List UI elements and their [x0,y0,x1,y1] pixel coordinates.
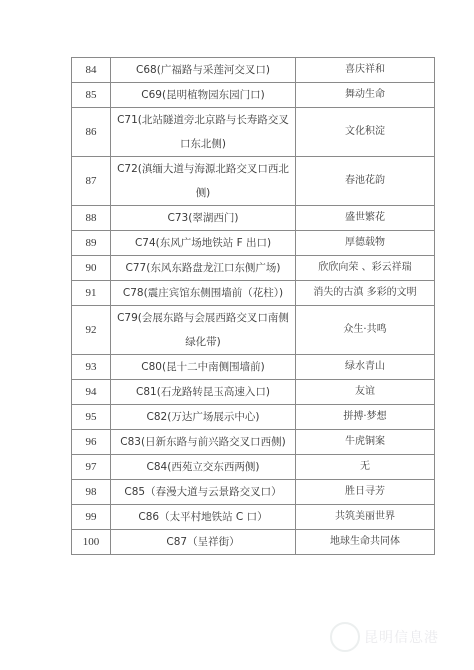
artwork-name-cell: 牛虎铜案 [296,430,435,455]
location-cell: C82(万达广场展示中心) [111,405,296,430]
row-number-cell: 87 [72,157,111,206]
location-cell: C87（呈祥街） [111,530,296,555]
table-row: 100C87（呈祥街）地球生命共同体 [72,530,435,555]
artwork-name-cell: 拼搏·梦想 [296,405,435,430]
artwork-name-cell: 消失的古滇 多彩的文明 [296,281,435,306]
row-number-cell: 84 [72,58,111,83]
table-row: 89C74(东风广场地铁站 F 出口)厚德载物 [72,231,435,256]
location-cell: C77(东风东路盘龙江口东侧广场) [111,256,296,281]
row-number-cell: 99 [72,505,111,530]
location-cell: C83(日新东路与前兴路交叉口西侧) [111,430,296,455]
row-number-cell: 91 [72,281,111,306]
artwork-name-cell: 地球生命共同体 [296,530,435,555]
location-cell: C86（太平村地铁站 C 口） [111,505,296,530]
location-cell: C78(震庄宾馆东侧围墙前（花柱）) [111,281,296,306]
table-row: 95C82(万达广场展示中心)拼搏·梦想 [72,405,435,430]
table-row: 87C72(滇缅大道与海源北路交叉口西北侧)春池花韵 [72,157,435,206]
location-cell: C71(北站隧道旁北京路与长寿路交叉口东北侧) [111,108,296,157]
row-number-cell: 100 [72,530,111,555]
artwork-name-cell: 喜庆祥和 [296,58,435,83]
sculpture-table: 84C68(广福路与采莲河交叉口)喜庆祥和85C69(昆明植物园东园门口)舞动生… [71,57,435,555]
row-number-cell: 90 [72,256,111,281]
table-row: 99C86（太平村地铁站 C 口）共筑美丽世界 [72,505,435,530]
location-cell: C80(昆十二中南侧围墙前) [111,355,296,380]
artwork-name-cell: 欣欣向荣 、彩云祥瑞 [296,256,435,281]
table-row: 84C68(广福路与采莲河交叉口)喜庆祥和 [72,58,435,83]
artwork-name-cell: 春池花韵 [296,157,435,206]
watermark-logo-icon [330,622,360,652]
location-cell: C73(翠湖西门) [111,206,296,231]
artwork-name-cell: 友谊 [296,380,435,405]
row-number-cell: 98 [72,480,111,505]
location-cell: C72(滇缅大道与海源北路交叉口西北侧) [111,157,296,206]
table-row: 90C77(东风东路盘龙江口东侧广场)欣欣向荣 、彩云祥瑞 [72,256,435,281]
artwork-name-cell: 无 [296,455,435,480]
artwork-name-cell: 文化积淀 [296,108,435,157]
table-row: 92C79(会展东路与会展西路交叉口南侧绿化带)众生·共鸣 [72,306,435,355]
table-row: 96C83(日新东路与前兴路交叉口西侧)牛虎铜案 [72,430,435,455]
location-cell: C85（春漫大道与云景路交叉口） [111,480,296,505]
artwork-name-cell: 胜日寻芳 [296,480,435,505]
row-number-cell: 94 [72,380,111,405]
document-page: 84C68(广福路与采莲河交叉口)喜庆祥和85C69(昆明植物园东园门口)舞动生… [0,0,474,670]
watermark: 昆明信息港 [330,622,439,652]
location-cell: C79(会展东路与会展西路交叉口南侧绿化带) [111,306,296,355]
watermark-text: 昆明信息港 [364,627,439,647]
location-cell: C68(广福路与采莲河交叉口) [111,58,296,83]
location-cell: C81(石龙路转昆玉高速入口) [111,380,296,405]
row-number-cell: 85 [72,83,111,108]
row-number-cell: 86 [72,108,111,157]
table-row: 88C73(翠湖西门)盛世繁花 [72,206,435,231]
row-number-cell: 92 [72,306,111,355]
table-row: 85C69(昆明植物园东园门口)舞动生命 [72,83,435,108]
artwork-name-cell: 厚德载物 [296,231,435,256]
artwork-name-cell: 共筑美丽世界 [296,505,435,530]
row-number-cell: 88 [72,206,111,231]
table-row: 94C81(石龙路转昆玉高速入口)友谊 [72,380,435,405]
location-cell: C74(东风广场地铁站 F 出口) [111,231,296,256]
row-number-cell: 95 [72,405,111,430]
row-number-cell: 89 [72,231,111,256]
table-row: 91C78(震庄宾馆东侧围墙前（花柱）)消失的古滇 多彩的文明 [72,281,435,306]
row-number-cell: 96 [72,430,111,455]
artwork-name-cell: 盛世繁花 [296,206,435,231]
table-row: 98C85（春漫大道与云景路交叉口）胜日寻芳 [72,480,435,505]
artwork-name-cell: 舞动生命 [296,83,435,108]
row-number-cell: 93 [72,355,111,380]
table-row: 86C71(北站隧道旁北京路与长寿路交叉口东北侧)文化积淀 [72,108,435,157]
table-row: 93C80(昆十二中南侧围墙前)绿水青山 [72,355,435,380]
artwork-name-cell: 绿水青山 [296,355,435,380]
artwork-name-cell: 众生·共鸣 [296,306,435,355]
location-cell: C69(昆明植物园东园门口) [111,83,296,108]
row-number-cell: 97 [72,455,111,480]
table-row: 97C84(西苑立交东西两侧)无 [72,455,435,480]
location-cell: C84(西苑立交东西两侧) [111,455,296,480]
